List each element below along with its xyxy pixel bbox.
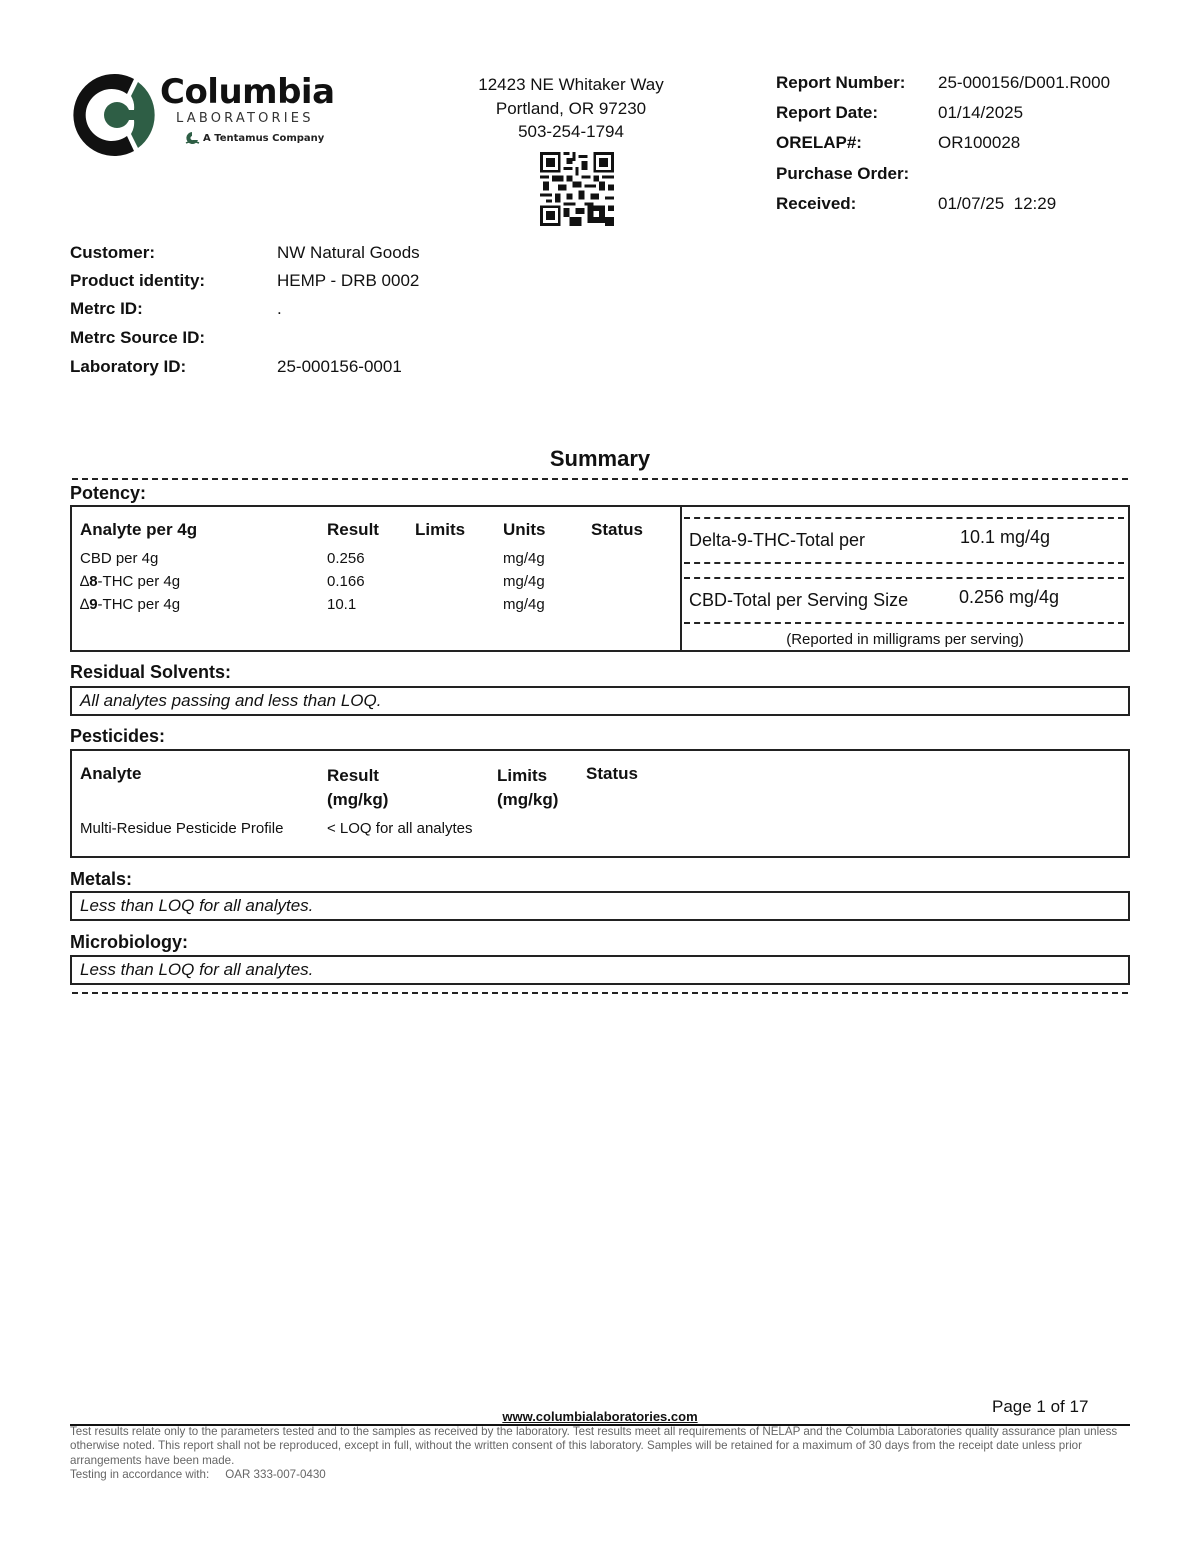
pesticides-box: Analyte Result(mg/kg) Limits(mg/kg) Stat…: [70, 749, 1130, 858]
divider: [684, 562, 1124, 564]
potency-units: mg/4g: [503, 596, 545, 613]
potency-row: ∆8-THC per 4g: [80, 573, 180, 590]
footer-disclaimer: Test results relate only to the paramete…: [70, 1425, 1130, 1482]
purchase-order-row: Purchase Order:: [776, 164, 1110, 194]
metals-heading: Metals:: [70, 869, 132, 890]
residual-solvents-result: All analytes passing and less than LOQ.: [70, 686, 1130, 716]
divider: [72, 478, 1128, 480]
testing-accordance: Testing in accordance with:OAR 333-007-0…: [70, 1468, 1130, 1482]
report-date-row: Report Date:01/14/2025: [776, 103, 1110, 133]
customer-info: Customer:NW Natural Goods Product identi…: [70, 243, 420, 385]
received-row: Received:01/07/25 12:29: [776, 194, 1110, 224]
pesticides-heading: Pesticides:: [70, 726, 165, 747]
serving-note: (Reported in milligrams per serving): [682, 631, 1128, 648]
columbia-logo-icon: [72, 72, 158, 158]
col-result: Result(mg/kg): [327, 764, 388, 812]
metals-result: Less than LOQ for all analytes.: [70, 891, 1130, 921]
cbd-total-label: CBD-Total per Serving Size: [689, 590, 908, 611]
potency-row: CBD per 4g: [80, 550, 158, 567]
pesticide-analyte: Multi-Residue Pesticide Profile: [80, 820, 283, 837]
potency-units: mg/4g: [503, 573, 545, 590]
divider: [684, 517, 1124, 519]
potency-result: 0.256: [327, 550, 365, 567]
col-analyte: Analyte per 4g: [80, 520, 197, 540]
address-phone: 503-254-1794: [450, 120, 692, 144]
divider: [72, 992, 1128, 994]
company-tagline: A Tentamus Company: [184, 131, 324, 145]
divider: [684, 622, 1124, 624]
col-analyte: Analyte: [80, 764, 141, 784]
potency-divider: [680, 507, 682, 650]
microbiology-heading: Microbiology:: [70, 932, 188, 953]
residual-solvents-heading: Residual Solvents:: [70, 662, 231, 683]
address-street: 12423 NE Whitaker Way: [450, 73, 692, 97]
col-limits: Limits(mg/kg): [497, 764, 558, 812]
potency-box: Analyte per 4g Result Limits Units Statu…: [70, 505, 1130, 652]
qr-code-icon[interactable]: [540, 152, 614, 226]
potency-heading: Potency:: [70, 483, 146, 504]
thc-total-value: 10.1 mg/4g: [960, 527, 1050, 548]
col-limits: Limits: [415, 520, 465, 540]
report-info: Report Number:25-000156/D001.R000 Report…: [776, 73, 1110, 224]
col-status: Status: [586, 764, 638, 784]
microbiology-result: Less than LOQ for all analytes.: [70, 955, 1130, 985]
laboratory-id-row: Laboratory ID:25-000156-0001: [70, 357, 420, 385]
cbd-total-value: 0.256 mg/4g: [959, 587, 1059, 608]
tentamus-icon: [184, 131, 200, 145]
col-result: Result: [327, 520, 379, 540]
metrc-id-row: Metrc ID:.: [70, 299, 420, 328]
col-units: Units: [503, 520, 546, 540]
potency-result: 10.1: [327, 596, 356, 613]
pesticide-result: < LOQ for all analytes: [327, 820, 473, 837]
potency-row: ∆9-THC per 4g: [80, 596, 180, 613]
customer-row: Customer:NW Natural Goods: [70, 243, 420, 271]
lab-address: 12423 NE Whitaker Way Portland, OR 97230…: [450, 73, 692, 144]
website-link[interactable]: www.columbialaboratories.com: [0, 1409, 1200, 1424]
company-name: Columbia: [160, 72, 335, 112]
metrc-source-id-row: Metrc Source ID:: [70, 328, 420, 357]
summary-title: Summary: [0, 446, 1200, 472]
col-status: Status: [591, 520, 643, 540]
potency-units: mg/4g: [503, 550, 545, 567]
product-identity-row: Product identity:HEMP - DRB 0002: [70, 271, 420, 299]
company-subtitle: LABORATORIES: [176, 111, 314, 126]
orelap-row: ORELAP#:OR100028: [776, 133, 1110, 163]
potency-result: 0.166: [327, 573, 365, 590]
divider: [684, 577, 1124, 579]
thc-total-label: Delta-9-THC-Total per: [689, 530, 865, 551]
address-city: Portland, OR 97230: [450, 97, 692, 121]
report-number-row: Report Number:25-000156/D001.R000: [776, 73, 1110, 103]
